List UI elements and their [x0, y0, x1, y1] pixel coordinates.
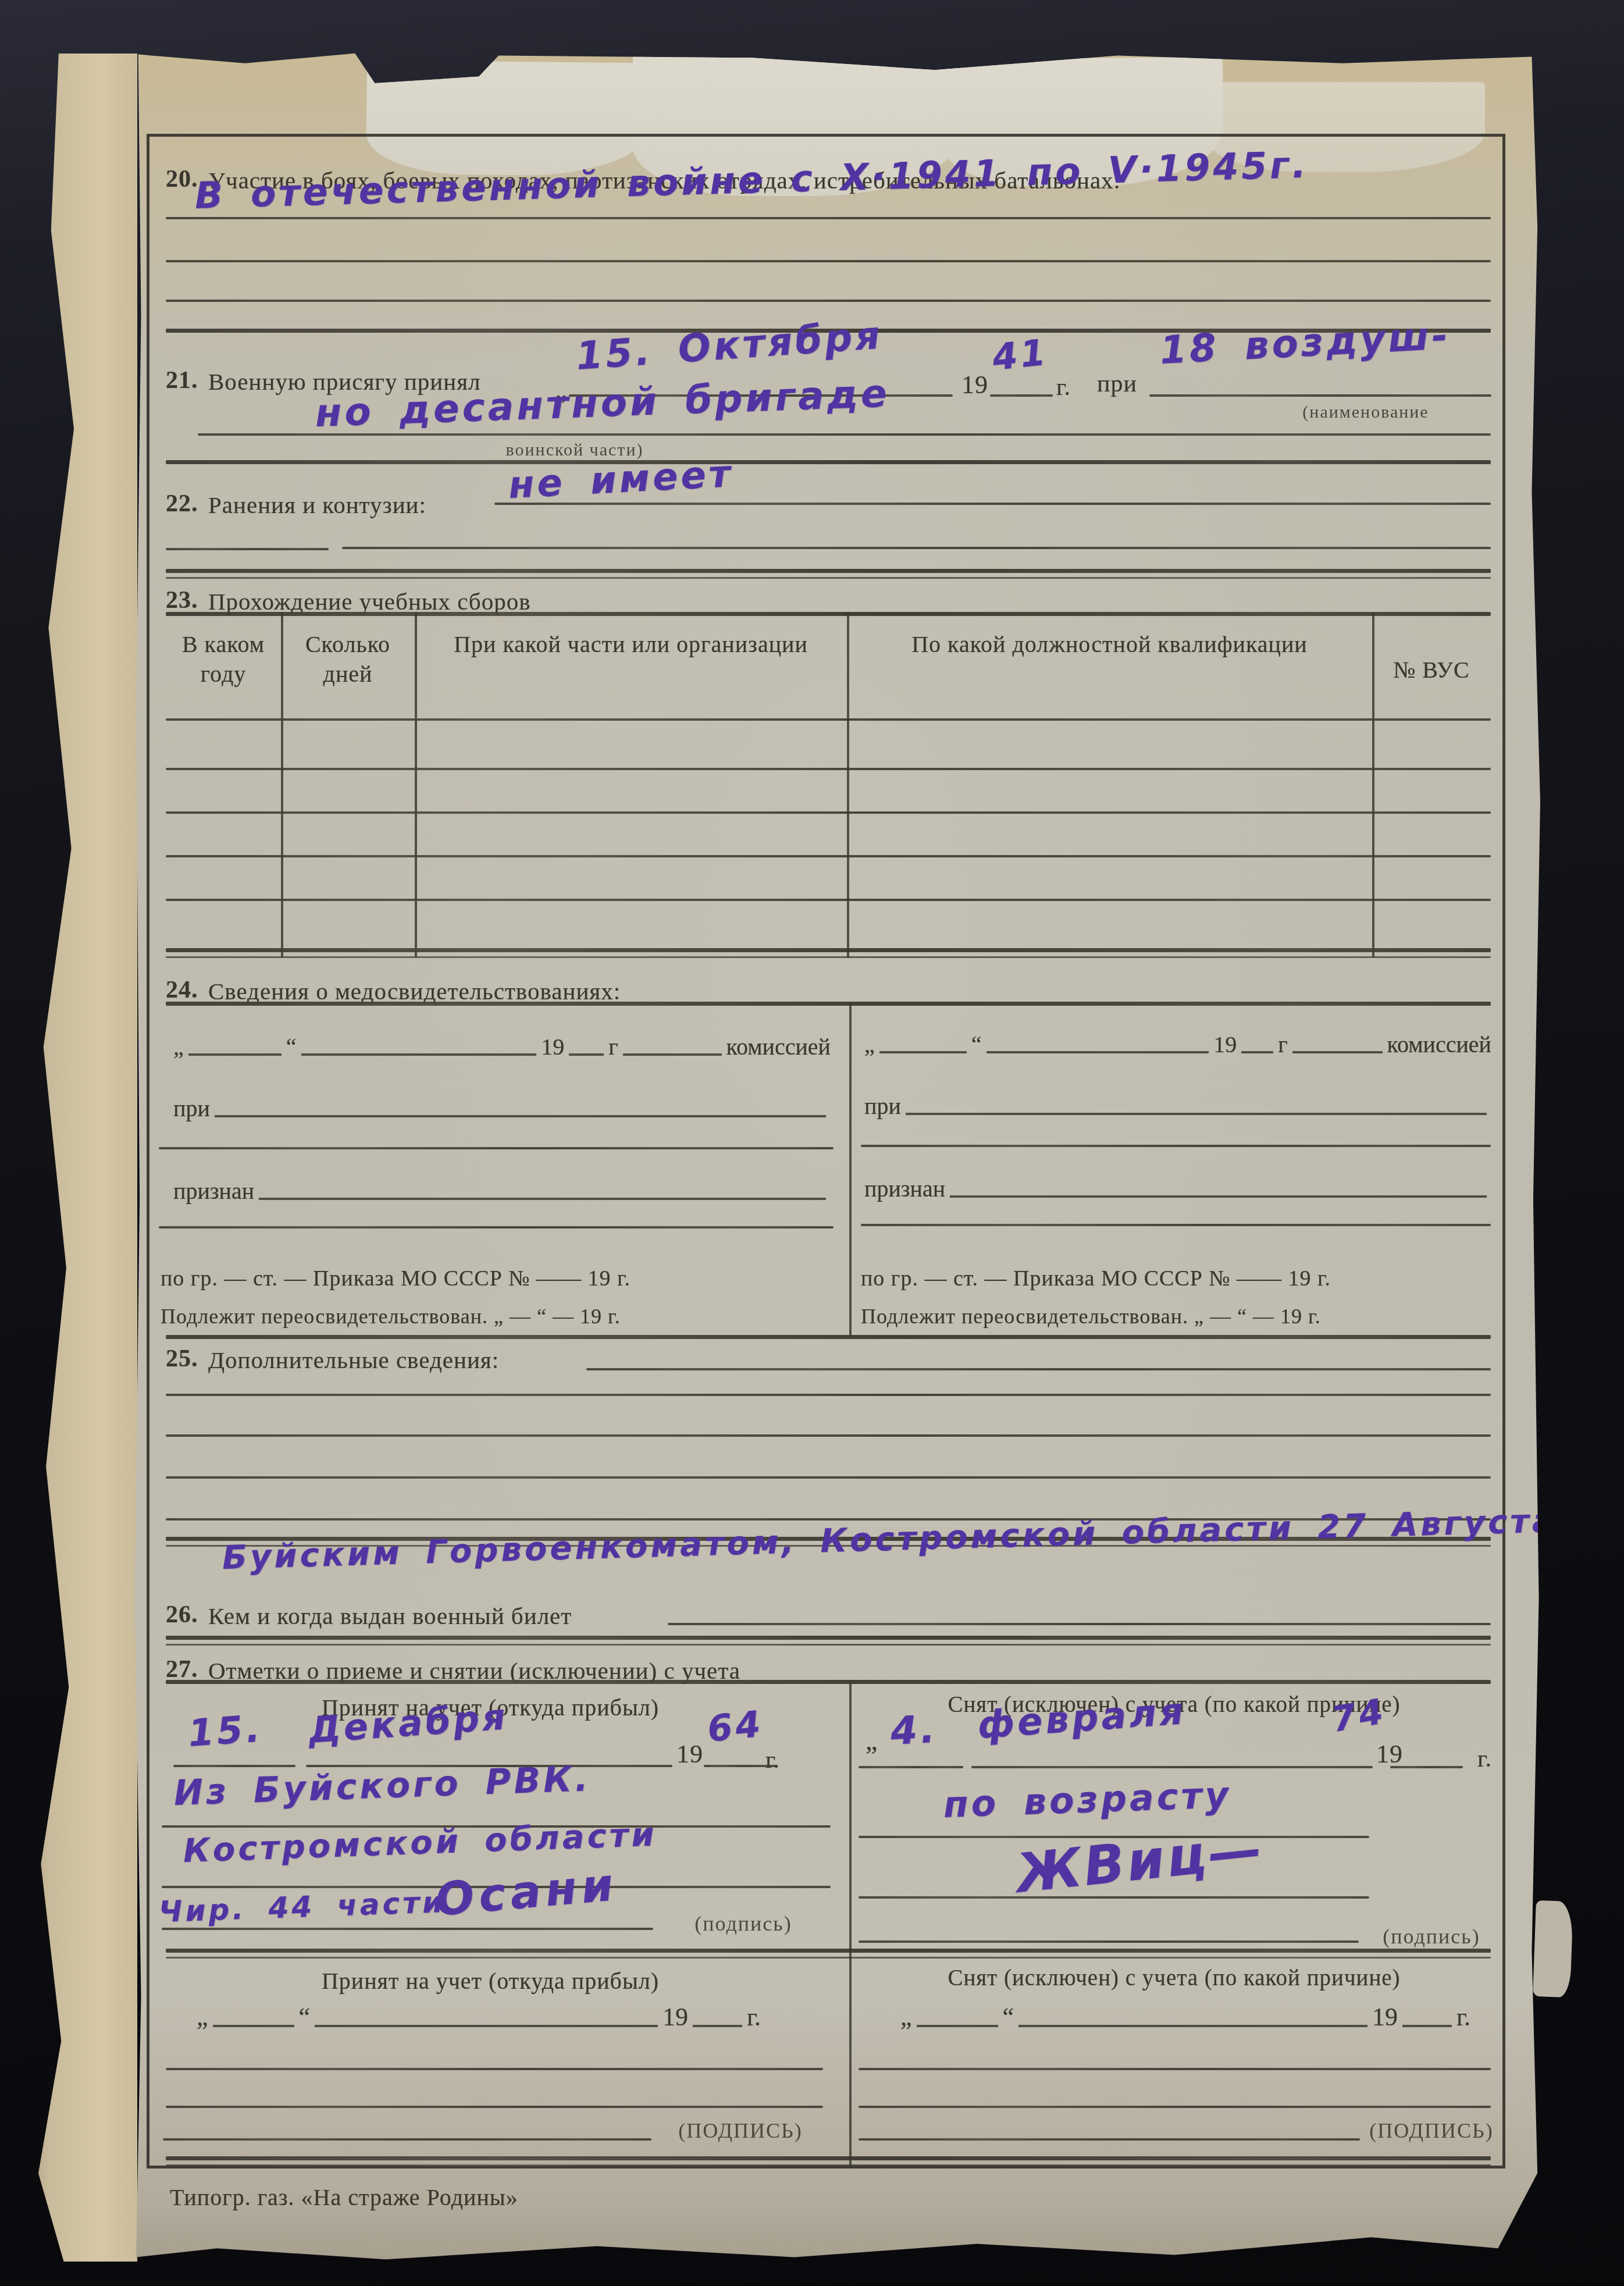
printed-g: г: [608, 1033, 618, 1060]
blank-line: [861, 1224, 1491, 1226]
registration-table-bottom-border-2: [166, 2164, 1491, 2166]
printed-g: г.: [1477, 1745, 1492, 1773]
printed-g: г.: [1456, 2002, 1470, 2032]
blank-underline: [668, 1623, 1491, 1625]
under-page-torn-edge: [10, 54, 137, 2262]
blank-underline: [1292, 1044, 1383, 1053]
accept-year-handwritten: 64: [705, 1702, 765, 1750]
table-bottom-border-2: [166, 956, 1491, 958]
blank-underline: [188, 1046, 282, 1056]
printed-19: 19: [541, 1033, 564, 1060]
signature-line: [163, 2138, 651, 2141]
printed-19: 19: [1213, 1031, 1237, 1058]
signature-line: [162, 1928, 653, 1930]
remove-date-blank-row2: „“19г.: [900, 2002, 1470, 2032]
table-row-line: [166, 855, 1491, 857]
blank-underline: [301, 1046, 537, 1056]
blank-line: [166, 548, 329, 550]
table-header-unit: При какой части или организации: [415, 629, 847, 659]
close-quote: “: [299, 2002, 311, 2032]
section-divider-line-2: [166, 1644, 1491, 1646]
section-25-label: Дополнительные сведения:: [208, 1346, 499, 1374]
med-priznan-line-right: признан: [864, 1175, 1491, 1202]
signature-line: [859, 1940, 1359, 1943]
section-24-number: 24.: [166, 976, 198, 1004]
row-separator-line: [166, 1949, 1491, 1953]
open-quote: „: [197, 2002, 208, 2032]
oath-year-handwritten: 41: [990, 330, 1050, 379]
printed-19: 19: [1372, 2002, 1398, 2032]
blank-underline: [1149, 394, 1491, 397]
blank-underline: [990, 394, 1053, 397]
section-26-number: 26.: [166, 1601, 198, 1629]
close-quote: “: [971, 1031, 982, 1058]
row-separator-line-2: [166, 1957, 1491, 1959]
pri-label: при: [173, 1095, 210, 1122]
table-header-vus: № ВУС: [1372, 655, 1491, 685]
table-top-border: [166, 612, 1491, 616]
registration-table-top-border: [166, 1680, 1491, 1684]
blank-underline: [173, 1765, 295, 1767]
blank-underline: [906, 1106, 1487, 1115]
blank-underline: [215, 1108, 826, 1117]
printed-g: г.: [765, 1746, 780, 1774]
table-column-line: [415, 612, 417, 957]
priznan-label: признан: [173, 1177, 254, 1205]
table-row-line: [166, 899, 1491, 901]
blank-underline: [259, 1191, 826, 1200]
blank-line: [166, 300, 1491, 302]
printed-g: г: [1278, 1031, 1287, 1058]
med-podlezhit-line-right: Подлежит переосвидетельствован. „ — “ — …: [861, 1304, 1321, 1329]
blank-underline: [569, 1046, 604, 1056]
military-id-page: 20. Участие в боях, боевых походах, парт…: [133, 50, 1540, 2262]
med-date-line-left: „“19гкомиссией: [173, 1033, 831, 1060]
open-quote: „: [866, 1725, 878, 1756]
blank-line: [859, 2068, 1491, 2070]
table-row-line: [166, 811, 1491, 814]
blank-underline: [1390, 1766, 1463, 1768]
blank-underline: [859, 1766, 963, 1768]
blank-underline: [586, 1368, 1491, 1370]
blank-underline: [315, 2018, 658, 2027]
registration-column-divider: [849, 1680, 852, 2169]
blank-underline: [213, 2018, 294, 2027]
open-quote: „: [900, 2002, 912, 2032]
blank-underline: [1018, 2018, 1367, 2027]
section-divider-line: [166, 569, 1491, 573]
blank-line: [198, 433, 1491, 436]
open-quote: „: [173, 1033, 184, 1060]
table-column-line: [847, 612, 849, 957]
table-row-line: [166, 768, 1491, 770]
signature-line: [859, 2138, 1360, 2141]
pri-label: при: [864, 1092, 901, 1120]
printing-house-footer: Типогр. газ. «На страже Родины»: [170, 2184, 518, 2211]
section-20-number: 20.: [166, 165, 198, 193]
blank-underline: [1241, 1044, 1273, 1053]
section-24-label: Сведения о медосвидетельствованиях:: [208, 977, 621, 1005]
blank-line: [859, 2106, 1491, 2108]
table-header-underline: [166, 718, 1491, 721]
section-divider-line-2: [166, 577, 1491, 579]
med-prikaz-line-right: по гр. — ст. — Приказа МО СССР № —— 19 г…: [861, 1266, 1331, 1291]
section-21-number: 21.: [166, 366, 198, 394]
blank-line: [859, 1896, 1369, 1899]
med-podlezhit-line-left: Подлежит переосвидетельствован. „ — “ — …: [161, 1304, 621, 1329]
accept-day-handwritten: 15.: [187, 1707, 264, 1756]
med-date-line-right: „“19гкомиссией: [864, 1031, 1491, 1058]
section-divider-line: [166, 1636, 1491, 1640]
section-divider-line: [166, 460, 1491, 464]
med-priznan-line-left: признан: [173, 1177, 831, 1205]
med-pri-line-left: при: [173, 1095, 831, 1122]
blank-underline: [1402, 2018, 1452, 2027]
table-header-year: В каком году: [166, 629, 281, 689]
section-23-label: Прохождение учебных сборов: [208, 587, 531, 615]
blank-line: [166, 1434, 1491, 1437]
open-quote: „: [864, 1031, 875, 1058]
section-26-label: Кем и когда выдан военный билет: [208, 1602, 572, 1630]
caption-podpis: (подпись): [1365, 1924, 1498, 1949]
printed-19: 19: [1376, 1739, 1403, 1769]
remove-day-handwritten: 4.: [889, 1707, 939, 1754]
printed-19: 19: [676, 1739, 703, 1769]
section-22-number: 22.: [166, 490, 198, 518]
blank-line: [166, 260, 1491, 262]
blank-line: [166, 1394, 1491, 1396]
paper-scrap: [1533, 1900, 1573, 1997]
printed-g: г.: [1056, 373, 1071, 401]
med-pri-line-right: при: [864, 1092, 1491, 1120]
printed-g: г.: [747, 2002, 761, 2032]
med-column-divider: [849, 1002, 852, 1335]
blank-underline: [971, 1766, 1373, 1768]
caption-naimenovanie: (наименование: [1238, 403, 1494, 422]
commission-label: комиссией: [726, 1033, 831, 1060]
blank-line: [166, 217, 1491, 219]
removed-header-row2: Снят (исключен) с учета (по какой причин…: [859, 1964, 1490, 1993]
blank-line: [159, 1226, 834, 1229]
printed-19: 19: [663, 2002, 688, 2032]
blank-line: [166, 2068, 823, 2070]
blank-underline: [879, 1044, 967, 1053]
blank-underline: [693, 2018, 742, 2027]
caption-podpis: (подпись): [659, 1911, 828, 1936]
photo-background: 20. Участие в боях, боевых походах, парт…: [0, 0, 1624, 2286]
blank-underline: [623, 1046, 722, 1056]
blank-line: [166, 2106, 823, 2108]
blank-underline: [704, 1765, 777, 1767]
printed-19: 19: [961, 370, 988, 400]
table-header-days: Сколько дней: [281, 629, 415, 689]
table-bottom-border: [166, 948, 1491, 952]
printed-pri: при: [1097, 370, 1137, 398]
section-23-number: 23.: [166, 586, 198, 614]
blank-line: [861, 1145, 1491, 1147]
section-22-label: Ранения и контузии:: [208, 491, 426, 519]
blank-underline: [494, 503, 1491, 505]
table-header-qualification: По какой должностной квалификации: [847, 629, 1372, 659]
accepted-header-row2: Принят на учет (откуда прибыл): [156, 1966, 825, 1996]
blank-underline: [917, 2018, 998, 2027]
section-27-number: 27.: [166, 1655, 198, 1683]
section-divider-line: [166, 1335, 1491, 1339]
blank-underline: [950, 1188, 1487, 1198]
commission-label: комиссией: [1387, 1031, 1491, 1058]
section-25-number: 25.: [166, 1345, 198, 1373]
caption-podpis-row2-right: (ПОДПИСЬ): [1365, 2118, 1498, 2143]
blank-line: [159, 1147, 834, 1149]
priznan-label: признан: [864, 1175, 945, 1202]
med-prikaz-line-left: по гр. — ст. — Приказа МО СССР № —— 19 г…: [161, 1266, 631, 1291]
med-section-top-border: [166, 1002, 1491, 1006]
blank-line: [166, 1476, 1491, 1479]
registration-table-bottom-border: [166, 2156, 1491, 2160]
caption-podpis-row2-left: (ПОДПИСЬ): [656, 2118, 825, 2143]
close-quote: “: [286, 1033, 297, 1060]
blank-line: [342, 547, 1491, 549]
accept-date-blank-row2: „“19г.: [197, 2002, 761, 2032]
close-quote: “: [1003, 2002, 1014, 2032]
blank-underline: [986, 1044, 1209, 1053]
